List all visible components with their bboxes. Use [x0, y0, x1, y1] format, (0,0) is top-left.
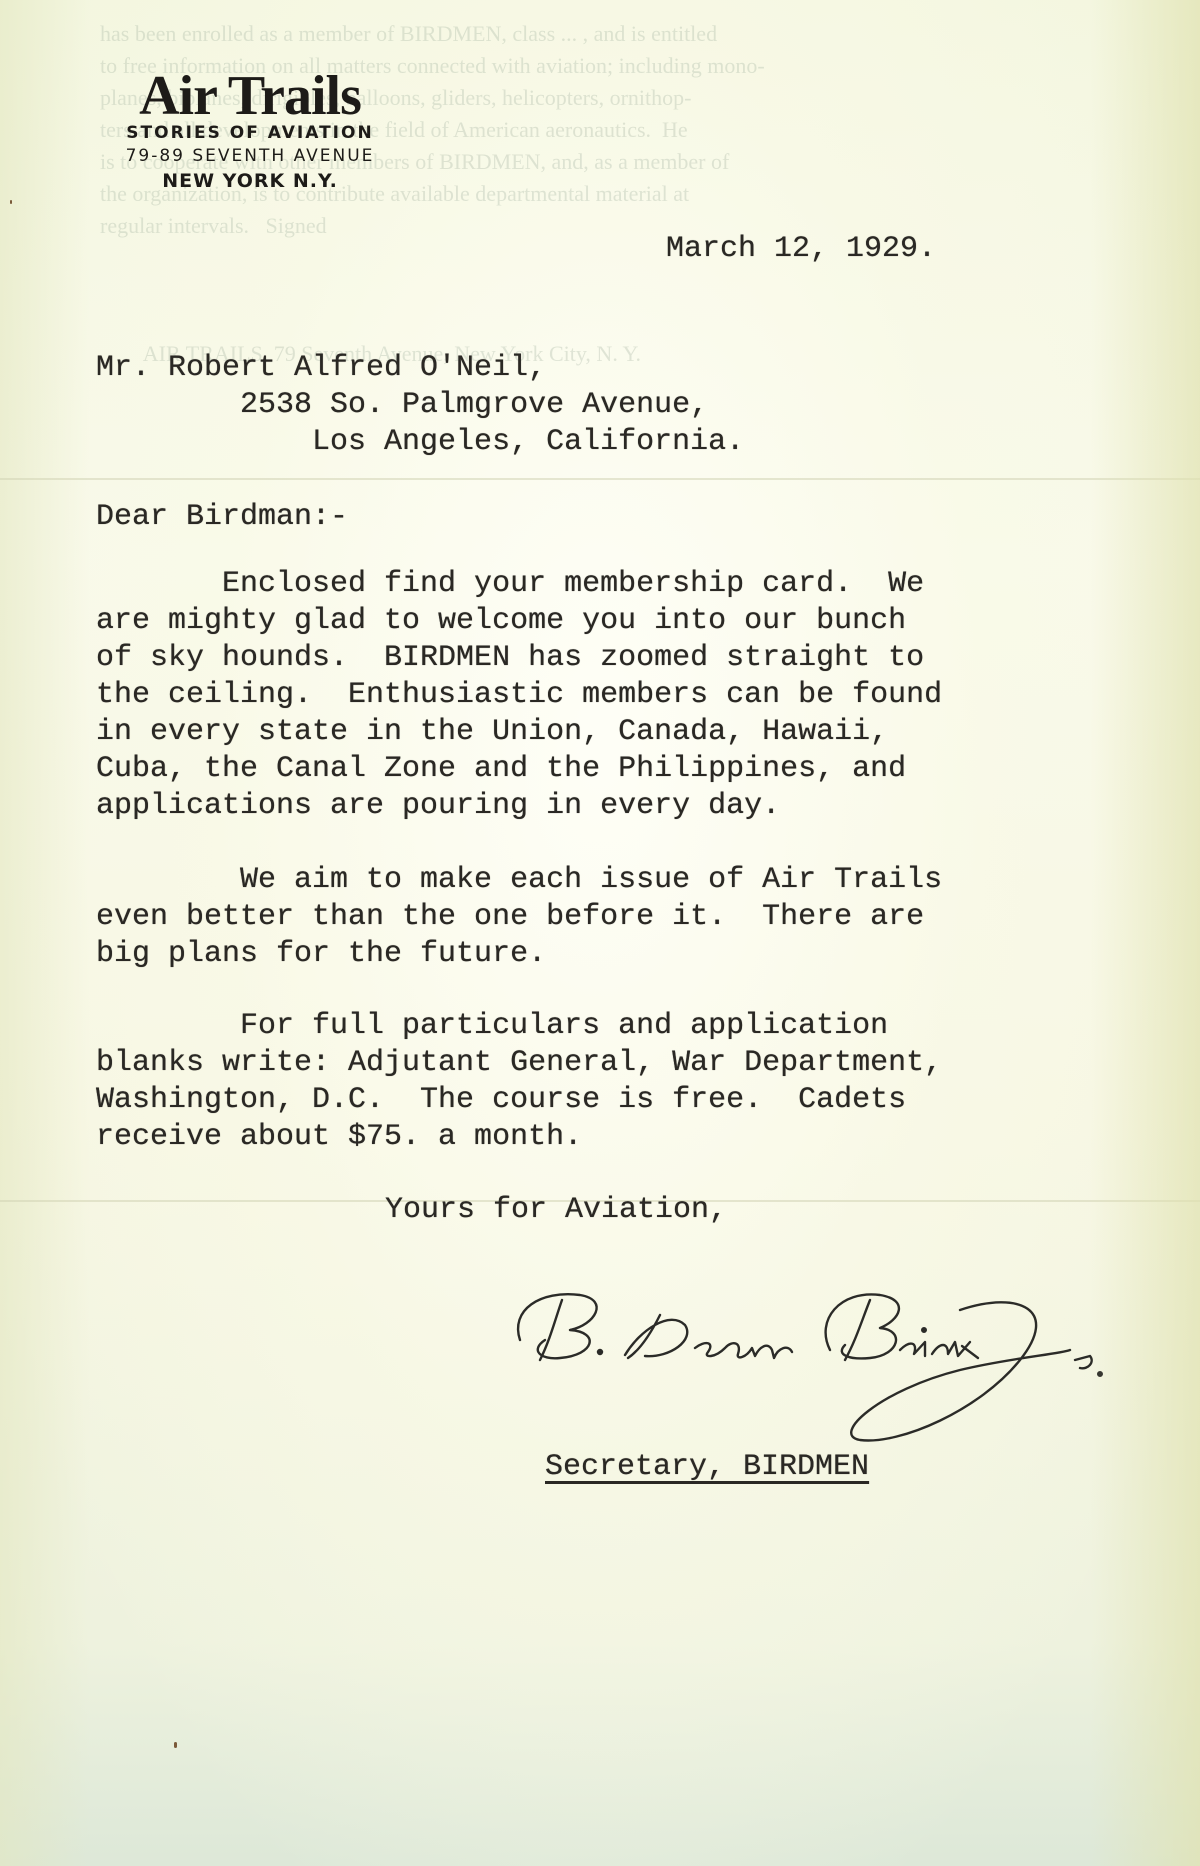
- recipient-street: 2538 So. Palmgrove Avenue,: [96, 387, 744, 424]
- letterhead-street: 79-89 SEVENTH AVENUE: [96, 144, 404, 168]
- body-paragraph-2: We aim to make each issue of Air Trails …: [96, 862, 942, 973]
- letterhead-subtitle: STORIES OF AVIATION: [96, 122, 404, 144]
- letterhead-city: NEW YORK N.Y.: [96, 168, 404, 194]
- letter-date: March 12, 1929.: [666, 232, 936, 266]
- letterhead-title: Air Trails: [96, 68, 404, 124]
- handwritten-signature: [500, 1270, 1150, 1450]
- paper-speck: [174, 1742, 177, 1748]
- fold-crease: [0, 478, 1200, 480]
- recipient-name: Mr. Robert Alfred O'Neil,: [96, 350, 744, 387]
- salutation: Dear Birdman:-: [96, 500, 348, 534]
- paper-speck: [10, 200, 12, 204]
- signer-title: Secretary, BIRDMEN: [545, 1450, 869, 1484]
- recipient-address: Mr. Robert Alfred O'Neil, 2538 So. Palmg…: [96, 350, 744, 461]
- closing: Yours for Aviation,: [385, 1193, 727, 1227]
- letterhead: Air Trails STORIES OF AVIATION 79-89 SEV…: [96, 68, 404, 194]
- body-paragraph-3: For full particulars and application bla…: [96, 1008, 942, 1156]
- recipient-city: Los Angeles, California.: [96, 424, 744, 461]
- body-paragraph-1: Enclosed find your membership card. We a…: [96, 566, 942, 825]
- letter-page: has been enrolled as a member of BIRDMEN…: [0, 0, 1200, 1866]
